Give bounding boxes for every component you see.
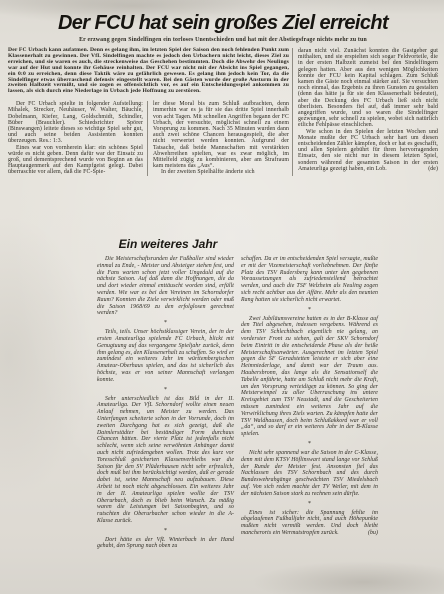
article1-column-1: Der FC Urbach spielte in folgender Aufst…	[8, 101, 147, 175]
article1-col3-paragraph: Wie schon in den Spielen der letzten Woc…	[298, 129, 438, 172]
paragraph-separator-star: *	[241, 307, 378, 313]
paragraph-separator-star: *	[241, 441, 378, 447]
article1-body: Der FC Urbach kann aufatmen. Denn es gel…	[8, 48, 438, 176]
newspaper-scan-page: Der FCU hat sein großes Ziel erreicht Er…	[0, 0, 444, 594]
article2-col2-paragraph: Nicht sehr spannend war die Saison in de…	[241, 450, 378, 498]
article2-col2-paragraph: Zwei Jubiläumsvereine hatten es in der B…	[241, 316, 378, 438]
article1-lead-paragraph: Der FC Urbach kann aufatmen. Denn es gel…	[8, 48, 289, 95]
article2-columns: Die Meisterschaftsrunden der Fußballer s…	[97, 256, 378, 550]
article2-col1-paragraph: Teils, teils. Unser höchstklassiger Vere…	[97, 329, 234, 383]
article1-column-2: ler diese Moral bis zum Schluß aufbracht…	[147, 101, 289, 175]
article1-author-signature: (de)	[420, 166, 438, 172]
article2-column-2: schaffen. Da er im entscheidenden Spiel …	[239, 256, 378, 550]
paragraph-separator-star: *	[97, 528, 234, 534]
article2-col1-paragraph: Die Meisterschaftsrunden der Fußballer s…	[97, 256, 234, 317]
paragraph-separator-star: *	[97, 320, 234, 326]
paragraph-separator-star: *	[97, 387, 234, 393]
article1-col1-paragraph: Der FC Urbach spielte in folgender Aufst…	[8, 101, 143, 144]
article2-col2-paragraph: schaffen. Da er im entscheidenden Spiel …	[241, 256, 378, 304]
article1-col1-paragraph: Eines war von vornherein klar: ein schön…	[8, 145, 143, 176]
article-fcu-match-report: Der FCU hat sein großes Ziel erreicht Er…	[8, 13, 438, 176]
article1-col2-paragraph: ler diese Moral bis zum Schluß aufbracht…	[153, 101, 289, 169]
paragraph-separator-star: *	[241, 501, 378, 507]
article2-col2-paragraph-text: Eines ist sicher: die Spannung fehlte im…	[241, 510, 378, 536]
article2-col2-paragraph: Eines ist sicher: die Spannung fehlte im…	[241, 510, 378, 537]
article1-inner-columns: Der FC Urbach spielte in folgender Aufst…	[8, 101, 289, 175]
article2-author-signature: (bu)	[360, 530, 378, 537]
article-season-commentary: Ein weiteres Jahr Die Meisterschaftsrund…	[97, 238, 378, 550]
article1-col3-paragraph: daran nicht viel. Zunächst konnten die G…	[298, 48, 438, 129]
article2-headline: Ein weiteres Jahr	[97, 238, 239, 251]
article1-left-region: Der FC Urbach kann aufatmen. Denn es gel…	[8, 48, 289, 176]
article1-col2-paragraph: In der zweiten Spielhälfte änderte sich	[153, 169, 289, 175]
article2-col1-paragraph: Sehr unterschiedlich ist das Bild in der…	[97, 396, 234, 525]
article1-col3-paragraph-text: Wie schon in den Spielen der letzten Woc…	[298, 129, 438, 172]
article2-column-1: Die Meisterschaftsrunden der Fußballer s…	[97, 256, 239, 550]
article2-col1-paragraph: Dort hätte es der VfL Winterbach in der …	[97, 537, 234, 551]
article1-subheadline: Er erzwang gegen Sindelfingen ein torlos…	[8, 37, 438, 43]
article1-column-3: daran nicht viel. Zunächst konnten die G…	[292, 48, 438, 176]
article1-headline: Der FCU hat sein großes Ziel erreicht	[8, 13, 438, 34]
